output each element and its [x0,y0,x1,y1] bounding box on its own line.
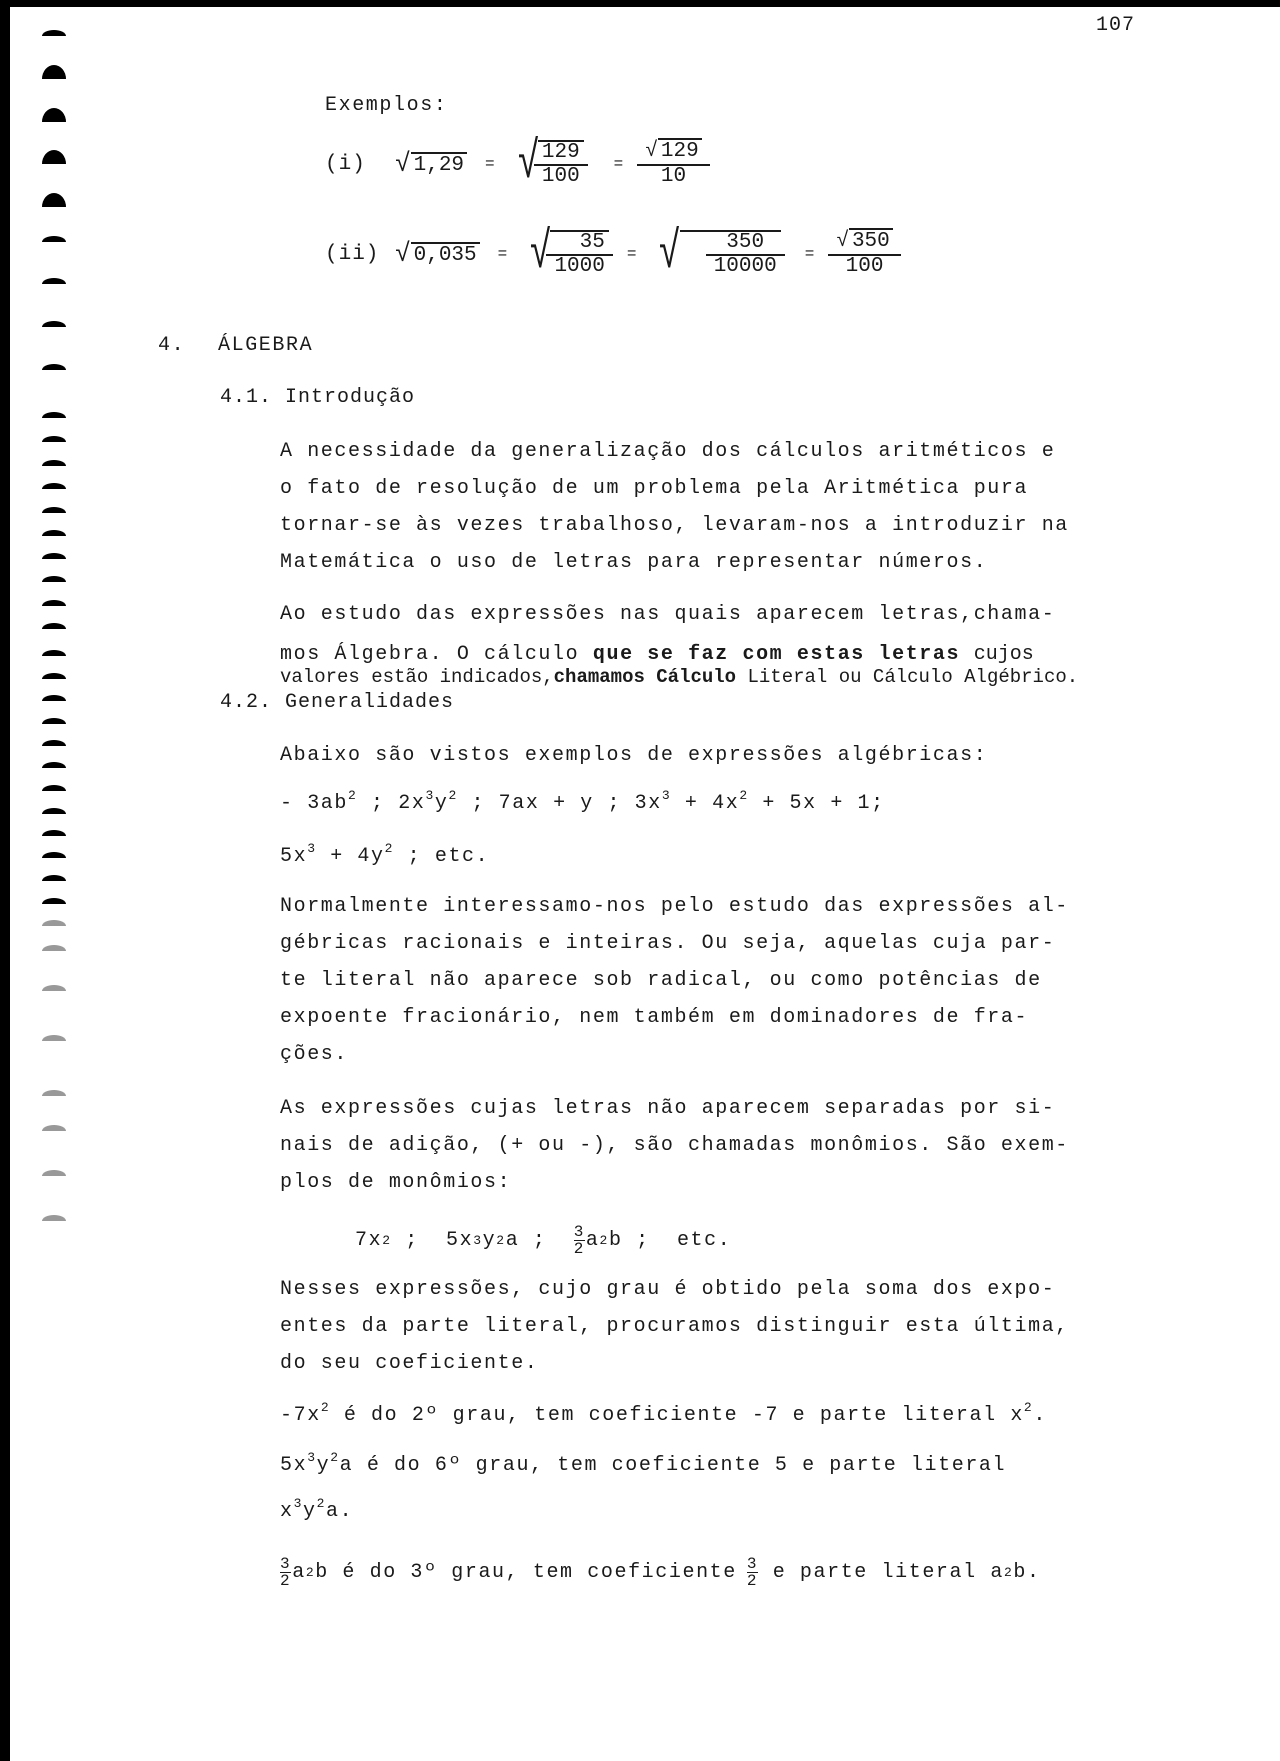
grade-example-1: -7x2 é do 2º grau, tem coeficiente -7 e … [280,1404,1047,1427]
binding-hole-mark [42,852,66,858]
section-title: ÁLGEBRA [218,334,313,357]
binding-hole-mark [42,920,66,926]
scan-border-left [0,0,10,1761]
example-label: (i) [325,153,395,176]
binding-hole-mark [42,673,66,679]
sqrt-fraction: √ 351000 [525,230,609,278]
binding-hole-mark [42,364,66,370]
binding-hole-mark [42,65,66,79]
binding-hole-mark [42,785,66,791]
example-ii: (ii) √0,035 = √ 351000 = √ 35010000 = √3… [325,230,897,278]
binding-hole-mark [42,483,66,489]
binding-hole-mark [42,1035,66,1041]
monomial-examples: 7x2 ; 5x3y2a ; 32 a2b ; etc. [355,1224,731,1257]
fraction: 32 [280,1556,291,1589]
binding-hole-mark [42,150,66,164]
binding-hole-mark [42,1215,66,1221]
binding-hole-mark [42,945,66,951]
fraction: 32 [574,1224,585,1257]
sqrt-icon: √ [530,231,552,278]
section-number: 4. [158,334,185,357]
sqrt-icon: √ [645,140,658,163]
sqrt-icon: √ [517,141,539,188]
binding-hole-mark [42,530,66,536]
sqrt-expression: √1,29 [395,151,467,177]
binding-hole-mark [42,600,66,606]
binding-hole-mark [42,1125,66,1131]
fraction: 32 [747,1556,758,1589]
sqrt-icon: √ [836,230,849,253]
sqrt-fraction: √ 129100 [513,140,584,188]
binding-hole-mark [42,650,66,656]
binding-hole-mark [42,236,66,242]
algebraic-expressions-line-1: - 3ab2 ; 2x3y2 ; 7ax + y ; 3x3 + 4x2 + 5… [280,792,885,815]
binding-hole-mark [42,412,66,418]
sqrt-expression: √0,035 [395,241,480,267]
binding-hole-mark [42,193,66,207]
binding-hole-mark [42,898,66,904]
result-fraction: √129 10 [641,140,705,187]
sqrt-icon: √ [395,151,411,177]
grade-example-2-continued: x3y2a. [280,1500,353,1523]
binding-hole-mark [42,30,66,36]
grade-example-3: 32 a2b é do 3º grau, tem coeficiente 32 … [280,1556,1041,1589]
generalidades-intro: Abaixo são vistos exemplos de expressões… [280,744,987,767]
sqrt-fraction: √ 35010000 [654,230,780,278]
binding-hole-mark [42,695,66,701]
binding-hole-mark [42,460,66,466]
binding-hole-mark [42,985,66,991]
binding-hole-mark [42,762,66,768]
binding-hole-mark [42,436,66,442]
sqrt-icon: √ [659,231,681,278]
examples-heading: Exemplos: [325,94,447,117]
binding-hole-mark [42,718,66,724]
binding-hole-mark [42,507,66,513]
result-fraction: √350 100 [832,230,896,277]
subsection-4-2-title: 4.2. Generalidades [220,691,454,714]
algebraic-expressions-line-2: 5x3 + 4y2 ; etc. [280,845,489,868]
binding-hole-mark [42,875,66,881]
subsection-4-1-title: 4.1. Introdução [220,386,415,409]
binding-hole-mark [42,808,66,814]
example-label: (ii) [325,243,395,266]
binding-hole-mark [42,321,66,327]
binding-hole-mark [42,740,66,746]
binding-hole-mark [42,576,66,582]
binding-hole-mark [42,108,66,122]
example-i: (i) √1,29 = √ 129100 = √129 10 [325,140,706,188]
binding-hole-mark [42,623,66,629]
page-number: 107 [1096,14,1135,37]
binding-hole-mark [42,830,66,836]
binding-hole-mark [42,1090,66,1096]
binding-hole-mark [42,278,66,284]
binding-hole-mark [42,553,66,559]
binding-hole-mark [42,1170,66,1176]
scan-border-top [0,0,1280,7]
sqrt-icon: √ [395,241,411,267]
grade-example-2: 5x3y2a é do 6º grau, tem coeficiente 5 e… [280,1454,1006,1477]
